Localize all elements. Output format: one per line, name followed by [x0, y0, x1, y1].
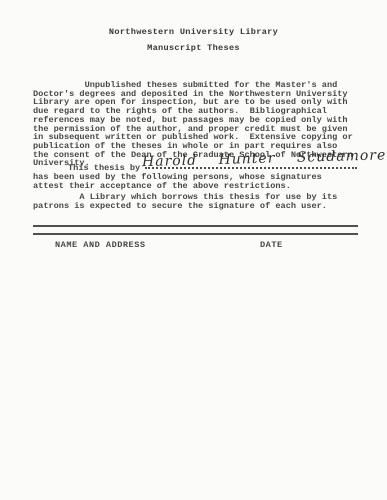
divider-rule-bottom	[33, 233, 358, 235]
document-title: Northwestern University Library	[0, 27, 387, 37]
date-column-header: DATE	[260, 240, 283, 250]
document-subtitle: Manuscript Theses	[0, 43, 387, 53]
scanned-document-page: Northwestern University Library Manuscri…	[0, 0, 387, 500]
library-borrow-paragraph: A Library which borrows this thesis for …	[33, 193, 337, 210]
name-address-column-header: NAME AND ADDRESS	[55, 240, 146, 250]
usage-paragraph: has been used by the following persons, …	[33, 173, 322, 190]
divider-rule-top	[33, 225, 358, 227]
